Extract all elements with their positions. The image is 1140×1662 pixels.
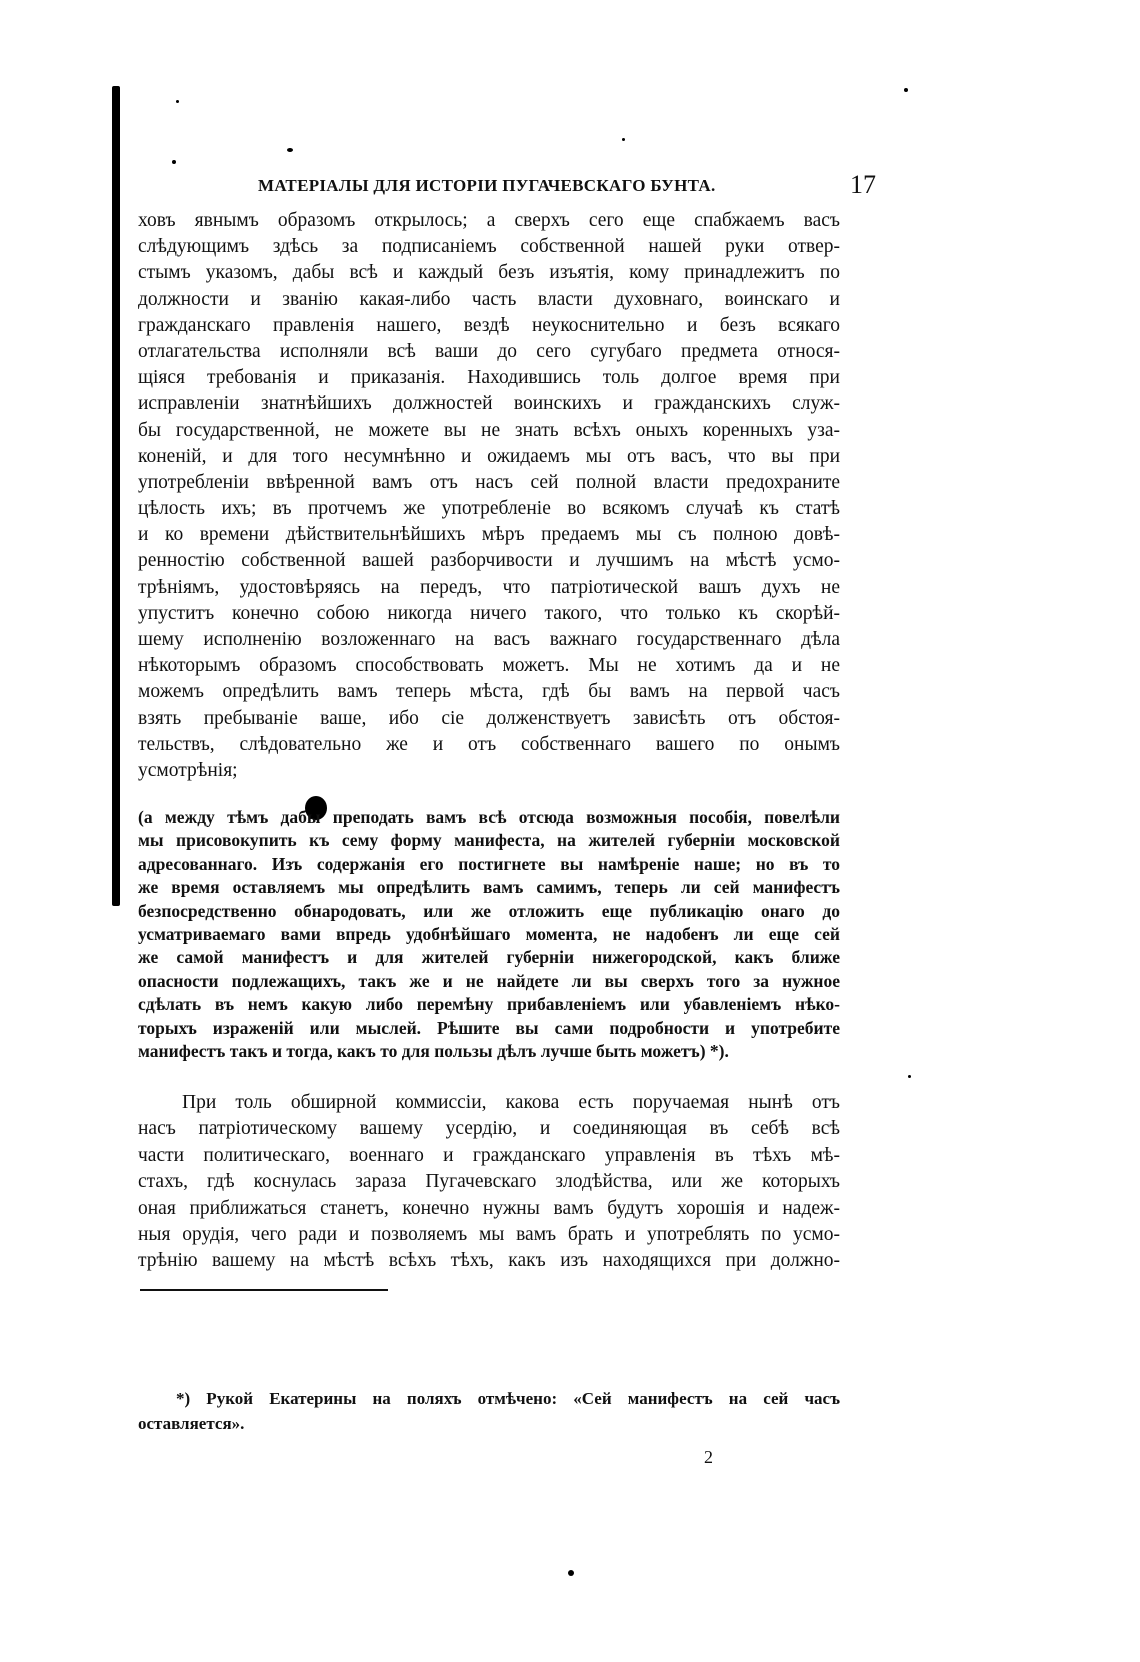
text-line: трѣнію вашему на мѣстѣ всѣхъ тѣхъ, какъ … bbox=[138, 1248, 840, 1274]
text-line: слѣдующимъ здѣсь за подписаніемъ собстве… bbox=[138, 234, 840, 260]
text-line: цѣлость ихъ; въ протчемъ же употребленіе… bbox=[138, 496, 840, 522]
text-line: нѣкоторымъ образомъ способствовать может… bbox=[138, 653, 840, 679]
text-line: можемъ опредѣлить вамъ теперь мѣста, гдѣ… bbox=[138, 679, 840, 705]
footnote-line: оставляется». bbox=[138, 1411, 840, 1436]
text-line: ренностію собственной вашей разборчивост… bbox=[138, 548, 840, 574]
text-line: должности и званію какая-либо часть влас… bbox=[138, 287, 840, 313]
parenthetical-block: (а между тѣмъ дабы преподать вамъ всѣ от… bbox=[138, 806, 840, 1063]
footnote: *) Рукой Екатерины на поляхъ отмѣчено: «… bbox=[138, 1386, 840, 1436]
ink-speck bbox=[172, 160, 176, 164]
quote-line: адресованнаго. Изъ содержанія его постиг… bbox=[138, 853, 840, 876]
text-line: части политическаго, военнаго и гражданс… bbox=[138, 1143, 840, 1169]
text-line: щіяся требованія и приказанія. Находивши… bbox=[138, 365, 840, 391]
text-line: упуститъ конечно собою никогда ничего та… bbox=[138, 601, 840, 627]
footnote-divider bbox=[140, 1289, 388, 1291]
quote-line: мы присовокупить къ сему форму манифеста… bbox=[138, 829, 840, 852]
footnote-line: *) Рукой Екатерины на поляхъ отмѣчено: «… bbox=[138, 1386, 840, 1411]
quote-line: опасности подлежащихъ, такъ же и не найд… bbox=[138, 970, 840, 993]
ink-speck bbox=[622, 138, 625, 141]
ink-speck bbox=[568, 1570, 574, 1576]
text-line: ныя орудія, чего ради и позволяемъ мы ва… bbox=[138, 1222, 840, 1248]
ink-speck bbox=[287, 148, 293, 152]
ink-speck bbox=[908, 1075, 911, 1078]
scanned-page: МАТЕРІАЛЫ ДЛЯ ИСТОРІИ ПУГАЧЕВСКАГО БУНТА… bbox=[0, 0, 1140, 1662]
second-paragraph: При толь обширной коммиссіи, какова есть… bbox=[138, 1090, 840, 1275]
text-line: стымъ указомъ, дабы всѣ и каждый безъ из… bbox=[138, 260, 840, 286]
quote-line: торыхъ израженій или мыслей. Рѣшите вы с… bbox=[138, 1017, 840, 1040]
text-line: усмотрѣнія; bbox=[138, 758, 840, 784]
quote-line: усматриваемаго вами впредь удобнѣйшаго м… bbox=[138, 923, 840, 946]
signature-mark: 2 bbox=[704, 1447, 713, 1468]
main-paragraph: ховъ явнымъ образомъ открылось; а сверхъ… bbox=[138, 208, 840, 784]
page-number: 17 bbox=[850, 170, 876, 200]
header-title: МАТЕРІАЛЫ ДЛЯ ИСТОРІИ ПУГАЧЕВСКАГО БУНТА… bbox=[258, 176, 716, 196]
text-line: шему исполненію возложеннаго на васъ важ… bbox=[138, 627, 840, 653]
text-line: взять пребываніе ваше, ибо сіе долженств… bbox=[138, 706, 840, 732]
text-line: бы государственной, не можете вы не знат… bbox=[138, 418, 840, 444]
text-line: ховъ явнымъ образомъ открылось; а сверхъ… bbox=[138, 208, 840, 234]
ink-speck bbox=[904, 88, 908, 92]
ink-speck bbox=[176, 100, 179, 103]
binding-shadow bbox=[112, 86, 120, 906]
quote-line: же самой манифестъ и для жителей губерні… bbox=[138, 946, 840, 969]
text-line: стахъ, гдѣ коснулась зараза Пугачевскаго… bbox=[138, 1169, 840, 1195]
text-line: гражданскаго правленія нашего, вездѣ неу… bbox=[138, 313, 840, 339]
text-line: исправленіи знатнѣйшихъ должностей воинс… bbox=[138, 391, 840, 417]
text-line: оная приближаться станетъ, конечно нужны… bbox=[138, 1196, 840, 1222]
text-line: употребленіи ввѣренной вамъ отъ насъ сей… bbox=[138, 470, 840, 496]
quote-line: (а между тѣмъ дабы преподать вамъ всѣ от… bbox=[138, 806, 840, 829]
quote-line: сдѣлать въ немъ какую либо перемѣну приб… bbox=[138, 993, 840, 1016]
text-line: коненій, и для того несумнѣнно и ожидаем… bbox=[138, 444, 840, 470]
quote-line: безпосредственно обнародовать, или же от… bbox=[138, 900, 840, 923]
quote-line: манифестъ такъ и тогда, какъ то для поль… bbox=[138, 1040, 840, 1063]
text-line: При толь обширной коммиссіи, какова есть… bbox=[138, 1090, 840, 1116]
text-line: и ко времени дѣйствительнѣйшихъ мѣръ пре… bbox=[138, 522, 840, 548]
text-line: трѣніямъ, удостовѣряясь на передъ, что п… bbox=[138, 575, 840, 601]
text-line: тельствъ, слѣдовательно же и отъ собстве… bbox=[138, 732, 840, 758]
text-line: насъ патріотическому вашему усердію, и с… bbox=[138, 1116, 840, 1142]
running-header: МАТЕРІАЛЫ ДЛЯ ИСТОРІИ ПУГАЧЕВСКАГО БУНТА… bbox=[196, 176, 876, 206]
text-line: отлагательства исполняли всѣ ваши до сег… bbox=[138, 339, 840, 365]
quote-line: же время оставляемъ мы опредѣлить вамъ с… bbox=[138, 876, 840, 899]
